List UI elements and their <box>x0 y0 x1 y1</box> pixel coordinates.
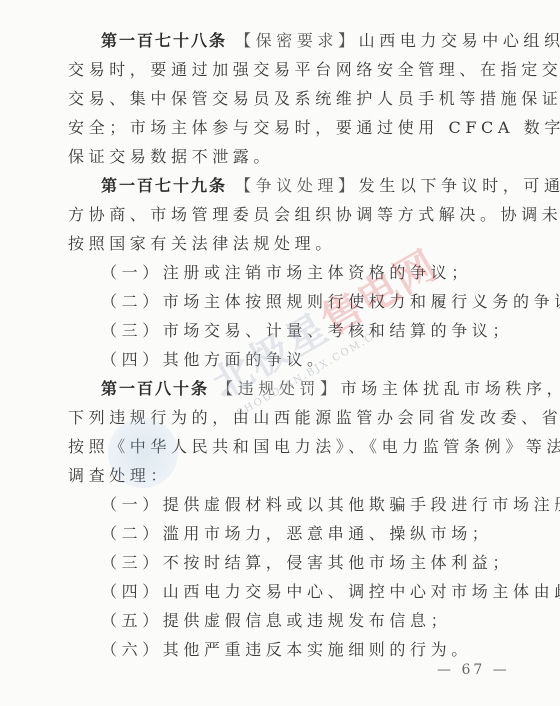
list-item: （一）提供虚假材料或以其他欺骗手段进行市场注册； <box>68 490 508 519</box>
text-line: 下列违规行为的，由山西能源监管办会同省发改委、省经信委门 <box>68 403 508 432</box>
article-179-line: 第一百七十九条【争议处理】发生以下争议时，可通过双 <box>68 171 508 200</box>
article-text: 发生以下争议时，可通过双 <box>359 176 560 195</box>
article-title: 【争议处理】 <box>235 176 359 195</box>
article-text: 市场主体扰乱市场秩序，出现 <box>341 379 560 398</box>
document-page: 第一百七十八条【保密要求】山西电力交易中心组织市场 交易时，要通过加强交易平台网… <box>0 0 560 706</box>
list-item: （三）市场交易、计量、考核和结算的争议； <box>68 316 508 345</box>
article-number: 第一百八十条 <box>101 379 209 398</box>
text-line: 按照国家有关法律法规处理。 <box>68 229 508 258</box>
list-item: （二）市场主体按照规则行使权力和履行义务的争议； <box>68 287 508 316</box>
article-180-line: 第一百八十条【违规处罚】市场主体扰乱市场秩序，出现 <box>68 374 508 403</box>
article-title: 【保密要求】 <box>235 31 359 50</box>
text-line: 方协商、市场管理委员会组织协调等方式解决。协调未能解决的， <box>68 200 508 229</box>
text-line: 保证交易数据不泄露。 <box>68 142 508 171</box>
list-item: （六）其他严重违反本实施细则的行为。 <box>68 635 508 664</box>
article-number: 第一百七十九条 <box>101 176 227 195</box>
article-text: 山西电力交易中心组织市场 <box>359 31 560 50</box>
text-line: 按照《中华人民共和国电力法》、《电力监管条例》等法律法规 <box>68 432 508 461</box>
page-number: — 67 — <box>437 662 510 678</box>
article-number: 第一百七十八条 <box>101 31 227 50</box>
article-title: 【违规处罚】 <box>217 379 341 398</box>
list-item: （一）注册或注销市场主体资格的争议； <box>68 258 508 287</box>
list-item: （三）不按时结算，侵害其他市场主体利益； <box>68 548 508 577</box>
list-item: （五）提供虚假信息或违规发布信息； <box>68 606 508 635</box>
list-item: （二）滥用市场力，恶意串通、操纵市场； <box>68 519 508 548</box>
document-body: 第一百七十八条【保密要求】山西电力交易中心组织市场 交易时，要通过加强交易平台网… <box>68 26 508 664</box>
text-line: 安全；市场主体参与交易时，要通过使用 CFCA 数字证书等措施 <box>68 113 508 142</box>
text-line: 交易时，要通过加强交易平台网络安全管理、在指定交易室开展 <box>68 55 508 84</box>
text-line: 交易、集中保管交易员及系统维护人员手机等措施保证交易数据 <box>68 84 508 113</box>
article-178-line: 第一百七十八条【保密要求】山西电力交易中心组织市场 <box>68 26 508 55</box>
list-item: （四）其他方面的争议。 <box>68 345 508 374</box>
list-item: （四）山西电力交易中心、调控中心对市场主体由歧视行为； <box>68 577 508 606</box>
text-line: 调查处理： <box>68 461 508 490</box>
